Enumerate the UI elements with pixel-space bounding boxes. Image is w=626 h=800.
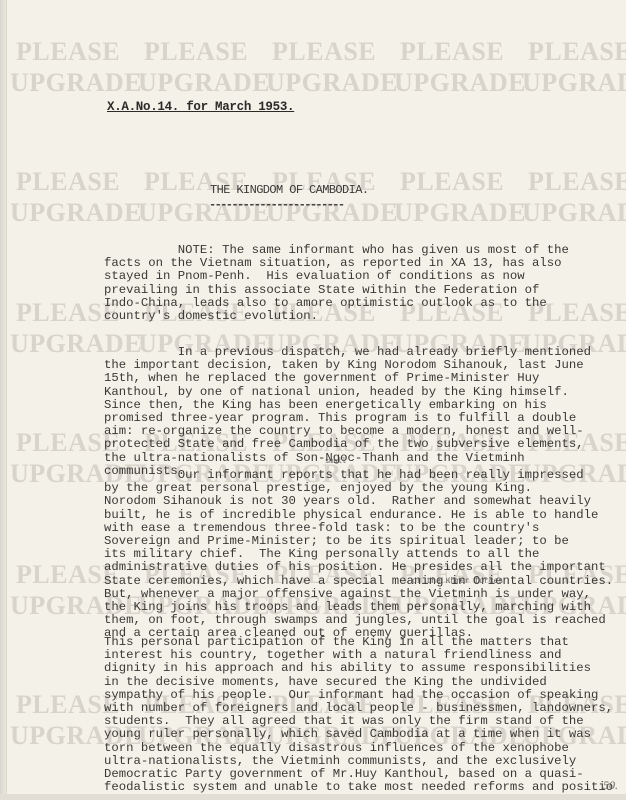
text-line: Norodom Sihanouk is not 30 years old. Ra… [104, 495, 613, 508]
text-line: young ruler personally, which saved Camb… [104, 728, 613, 741]
document-title: THE KINGDOM OF CAMBODIA. [210, 183, 368, 197]
text-line: Kanthoul, by one of national union, head… [104, 386, 591, 399]
text-line: feodalistic system and unable to take mo… [104, 781, 613, 794]
handwritten-annotation-khmer-forces: or the Khmer forces [412, 578, 503, 586]
page-number: 50. [603, 778, 618, 793]
informant-paragraph: Our informant reports that he had been r… [104, 469, 613, 641]
text-line: the ultra-nationalists of Son-Ngoc-Thanh… [104, 452, 591, 465]
decision-paragraph: In a previous dispatch, we had already b… [104, 346, 591, 478]
handwritten-annotation-small: small [325, 459, 346, 466]
text-line: prevailing in this associate State withi… [104, 284, 569, 297]
text-line: State ceremonies, which have a special m… [104, 575, 613, 588]
text-line: built, he is of incredible physical endu… [104, 509, 613, 522]
text-line: in the decisive moments, have secured th… [104, 676, 613, 689]
page-bottom-edge [0, 794, 626, 800]
text-line: dignity in his approach and his ability … [104, 662, 613, 675]
text-line: 15th, when he replaced the government of… [104, 372, 591, 385]
text-line: torn between the equally disastrous infl… [104, 742, 613, 755]
text-line: country's domestic evolution. [104, 310, 569, 323]
text-line: administrative duties of his position. H… [104, 561, 613, 574]
title-underline: ------------------------ [209, 198, 343, 212]
participation-paragraph: This personal participation of the King … [104, 636, 613, 794]
document-reference: X.A.No.14. for March 1953. [107, 100, 294, 114]
text-line: protected State and free Cambodia of the… [104, 438, 591, 451]
note-paragraph: NOTE: The same informant who has given u… [104, 244, 569, 323]
text-line: stayed in Pnom-Penh. His evaluation of c… [104, 270, 569, 283]
